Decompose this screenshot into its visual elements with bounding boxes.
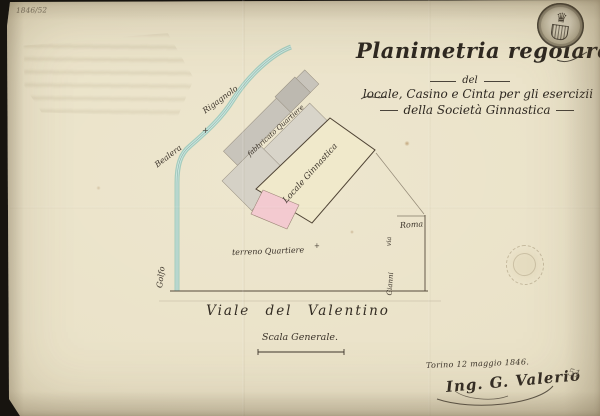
cross-mark-1: + <box>202 127 209 135</box>
hall-label: Locale Ginnastica <box>282 142 340 205</box>
scale-label: Scala Generale. <box>250 333 350 343</box>
text-layer: 1846/52 Planimetria regolare del locale,… <box>0 0 600 416</box>
avenue-label: Viale del Valentino <box>203 305 393 319</box>
street-label-right: Gianni <box>387 272 396 296</box>
title-line-2-text: del <box>462 76 478 86</box>
date-line: Torino 12 maggio 1846. <box>426 358 529 370</box>
stream-label-upper: Rigagnolo <box>202 85 240 116</box>
coat-of-arms-icon <box>550 24 569 41</box>
title-line-2: del <box>400 76 540 86</box>
title-rule-right <box>484 81 510 82</box>
stream-label-lower: Bealera <box>154 144 184 169</box>
canal-label-left: Golfo <box>156 266 167 288</box>
title-line-3: locale, Casino e Cinta per gli esercizii <box>352 88 600 100</box>
street-label-via: via <box>386 237 393 247</box>
archive-number: 1846/52 <box>16 6 47 14</box>
crown-icon: ♛ <box>555 10 568 24</box>
title-rule-right-2 <box>556 110 574 111</box>
building-label: fabbricato Quartiere <box>247 104 306 158</box>
street-label-roma: Roma <box>400 220 424 230</box>
grounds-label: terreno Quartiere <box>232 246 304 257</box>
title-line-4: della Società Ginnastica <box>380 104 574 116</box>
title-rule-left <box>430 81 456 82</box>
title-rule-left-2 <box>380 110 398 111</box>
cross-mark-2: + <box>314 243 320 250</box>
title-line-4-text: della Società Ginnastica <box>403 104 550 116</box>
signature: Ing. G. Valerio <box>445 368 581 395</box>
